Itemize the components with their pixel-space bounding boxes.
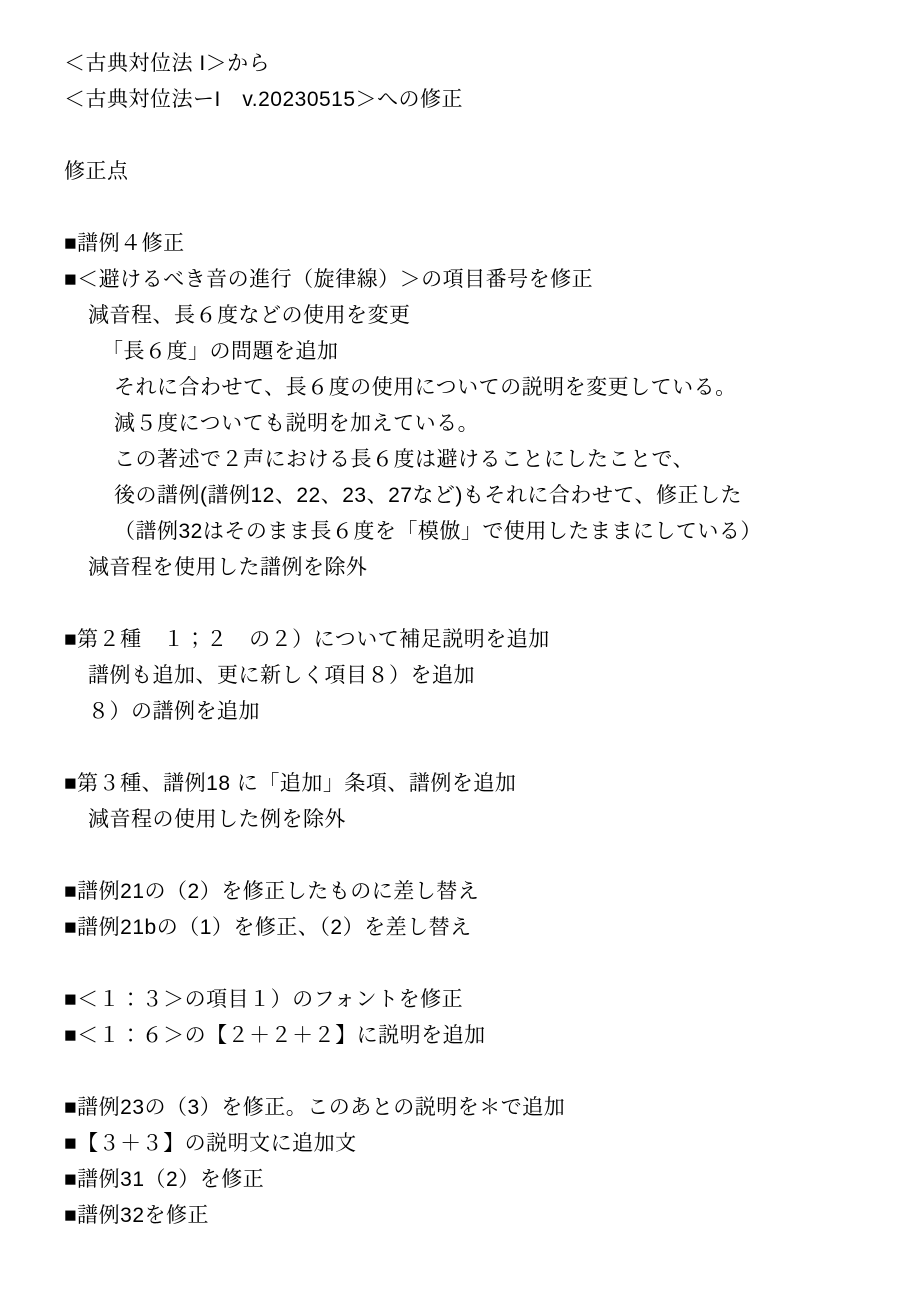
sub-item: 減音程の使用した例を除外 — [64, 802, 877, 838]
bullet-item: ■譜例21bの（1）を修正、（2）を差し替え — [64, 910, 877, 946]
bullet-item: ■＜１：６＞の【２＋２＋２】に説明を追加 — [64, 1018, 877, 1054]
sub-item: 減音程を使用した譜例を除外 — [64, 550, 877, 586]
title-line-to: ＜古典対位法ーI v.20230515＞への修正 — [64, 82, 877, 118]
sub-item: それに合わせて、長６度の使用についての説明を変更している。 — [64, 370, 877, 406]
bullet-item: ■＜避けるべき音の進行（旋律線）＞の項目番号を修正 — [64, 262, 877, 298]
bullet-item: ■譜例21の（2）を修正したものに差し替え — [64, 874, 877, 910]
sub-item: 譜例も追加、更に新しく項目８）を追加 — [64, 658, 877, 694]
bullet-item: ■【３＋３】の説明文に追加文 — [64, 1126, 877, 1162]
heading-revision-points: 修正点 — [64, 154, 877, 190]
blank-line — [64, 838, 877, 874]
sub-item: 「長６度」の問題を追加 — [64, 334, 877, 370]
sub-item: 減音程、長６度などの使用を変更 — [64, 298, 877, 334]
bullet-item: ■譜例４修正 — [64, 226, 877, 262]
blank-line — [64, 586, 877, 622]
sub-item: 後の譜例(譜例12、22、23、27など)もそれに合わせて、修正した — [64, 478, 877, 514]
blank-line — [64, 118, 877, 154]
blank-line — [64, 730, 877, 766]
sub-item: （譜例32はそのまま長６度を「模倣」で使用したままにしている） — [64, 514, 877, 550]
bullet-item: ■第３種、譜例18 に「追加」条項、譜例を追加 — [64, 766, 877, 802]
document-page: ＜古典対位法 I＞から ＜古典対位法ーI v.20230515＞への修正 修正点… — [0, 0, 907, 1300]
blank-line — [64, 946, 877, 982]
bullet-item: ■譜例23の（3）を修正。このあとの説明を＊で追加 — [64, 1090, 877, 1126]
title-line-from: ＜古典対位法 I＞から — [64, 46, 877, 82]
blank-line — [64, 190, 877, 226]
bullet-item: ■＜１：３＞の項目１）のフォントを修正 — [64, 982, 877, 1018]
document-content: ＜古典対位法 I＞から ＜古典対位法ーI v.20230515＞への修正 修正点… — [0, 0, 907, 1234]
bullet-item: ■譜例32を修正 — [64, 1198, 877, 1234]
bullet-item: ■第２種 １；２ の２）について補足説明を追加 — [64, 622, 877, 658]
sub-item: この著述で２声における長６度は避けることにしたことで、 — [64, 442, 877, 478]
blank-line — [64, 1054, 877, 1090]
bullet-item: ■譜例31（2）を修正 — [64, 1162, 877, 1198]
sub-item: ８）の譜例を追加 — [64, 694, 877, 730]
sub-item: 減５度についても説明を加えている。 — [64, 406, 877, 442]
